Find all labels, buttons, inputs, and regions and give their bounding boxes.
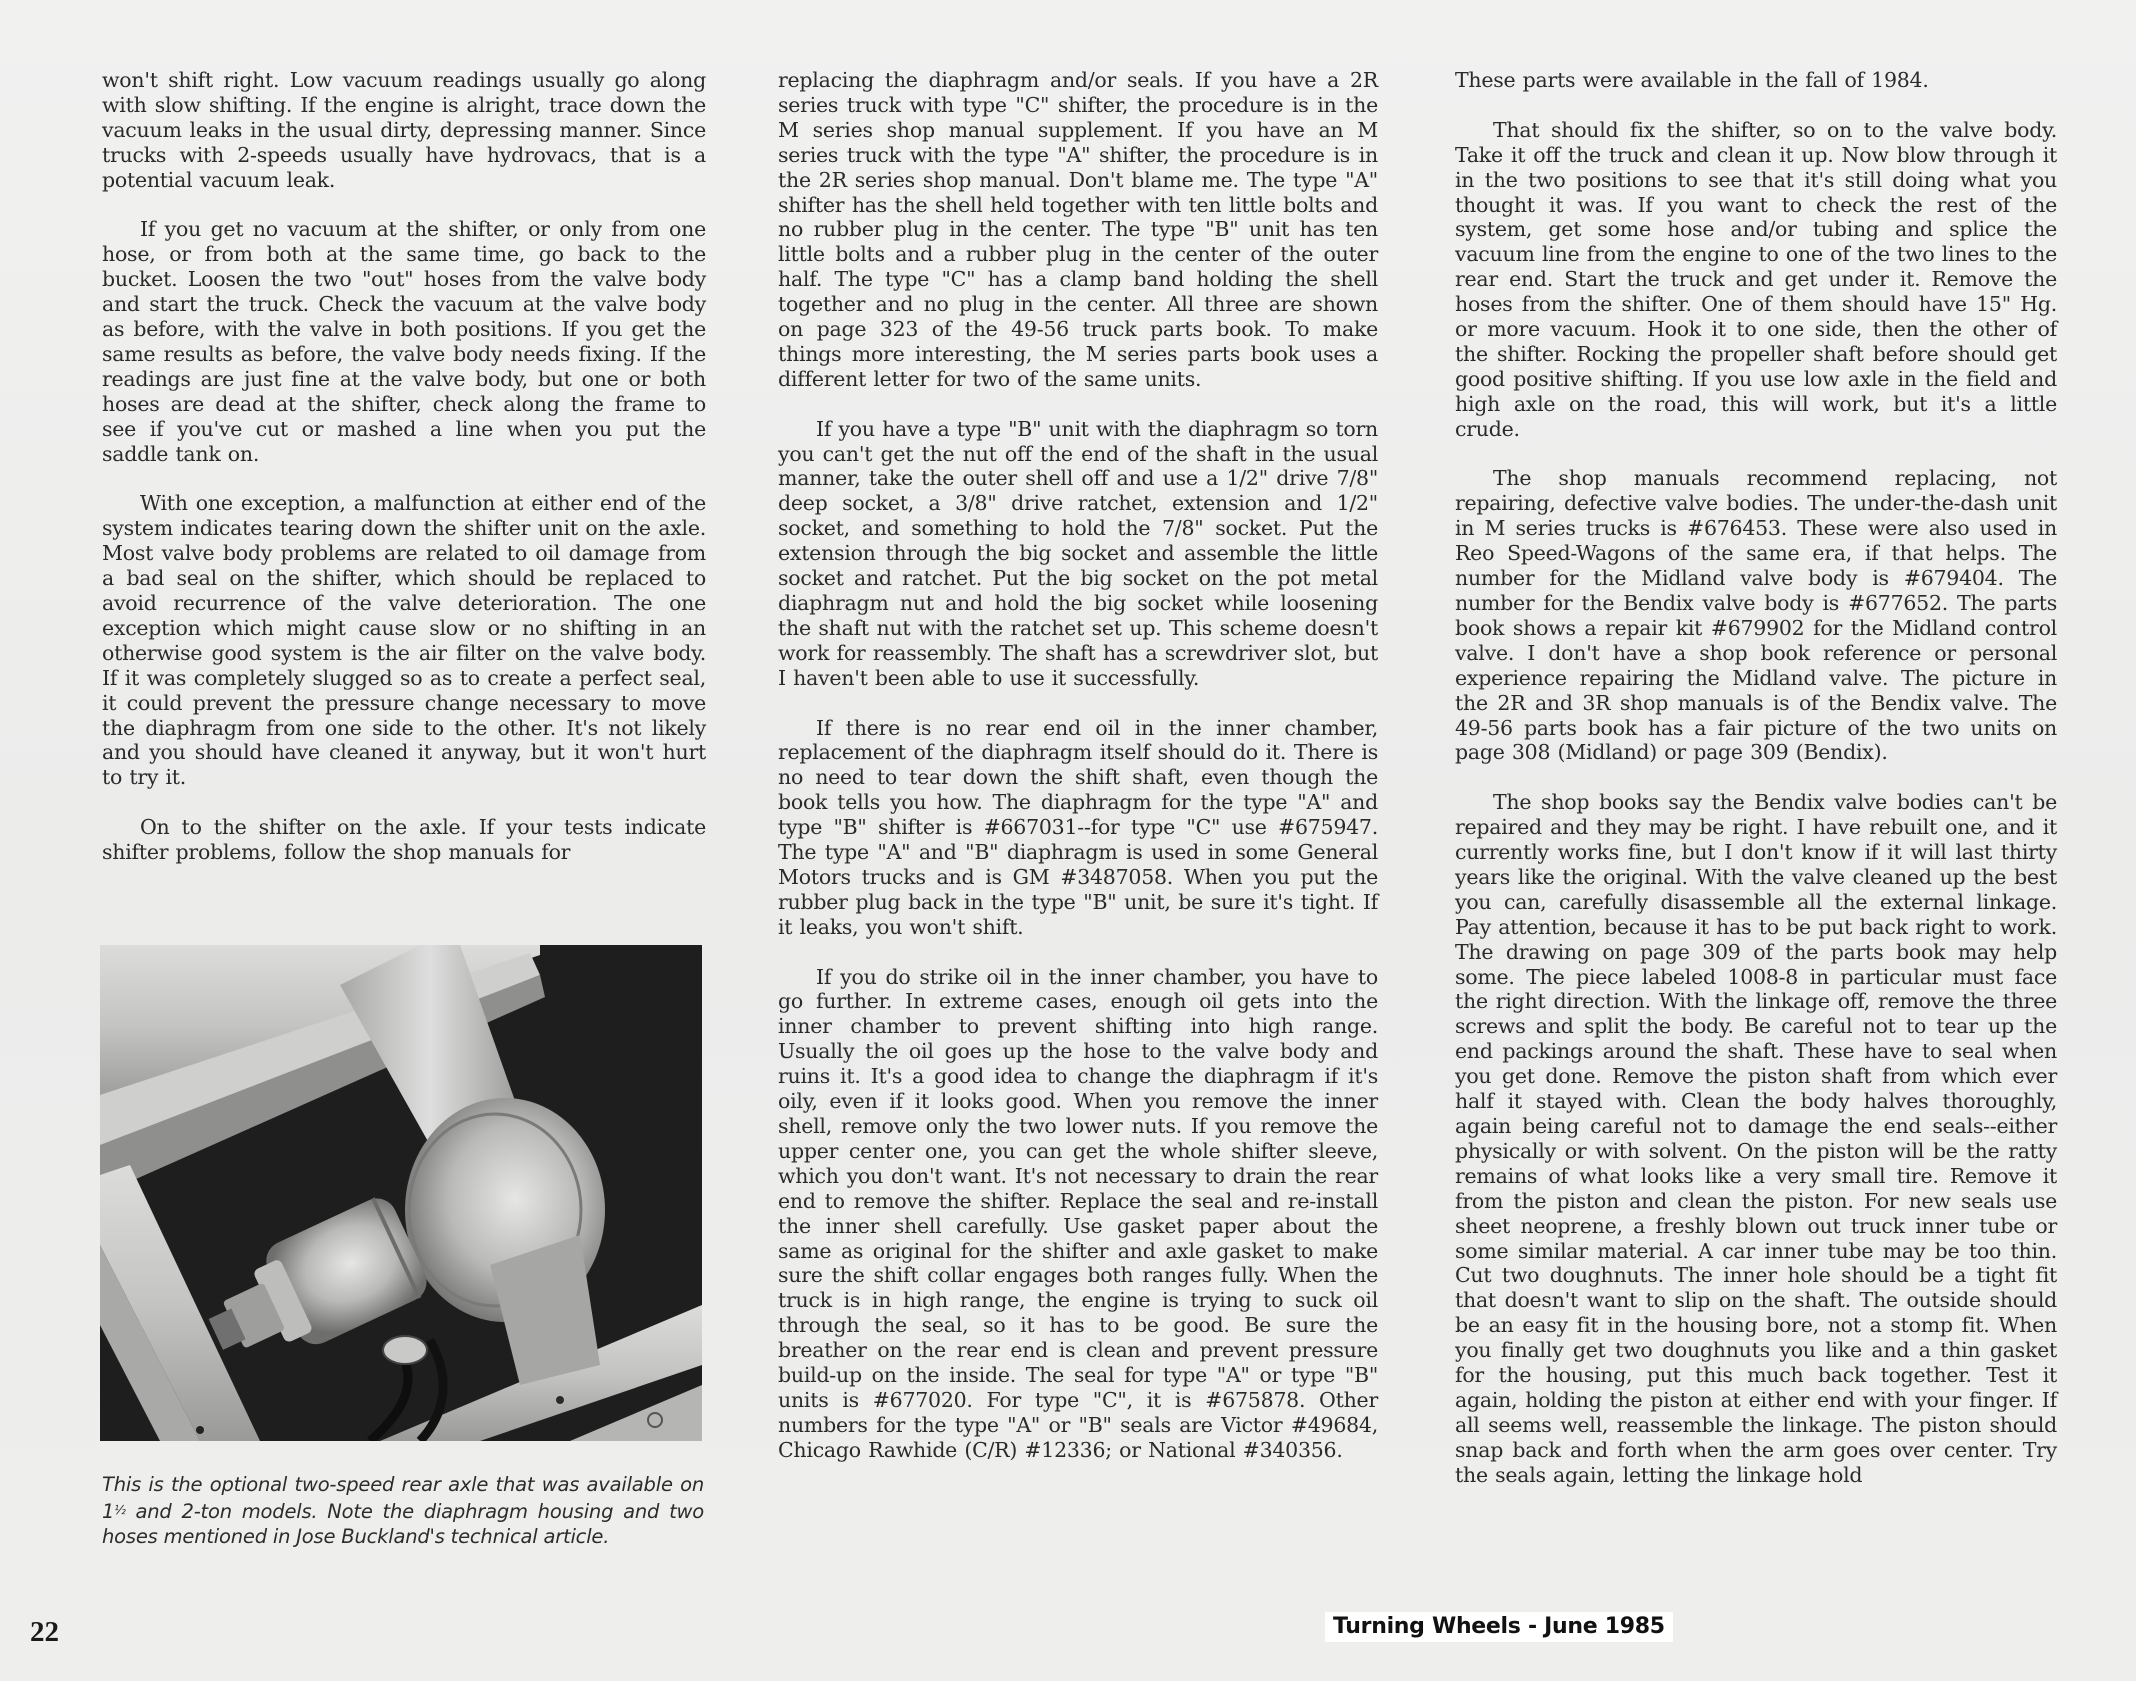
magazine-page: won't shift right. Low vacuum readings u… [0,0,2136,1681]
axle-photo-illustration [100,945,702,1441]
paragraph: On to the shifter on the axle. If your t… [102,815,706,865]
paragraph: If you have a type "B" unit with the dia… [778,417,1378,691]
page-number: 22 [30,1616,59,1649]
paragraph: These parts were available in the fall o… [1455,68,2057,93]
paragraph: If you do strike oil in the inner chambe… [778,965,1378,1463]
caption-fraction: ½ [114,1503,125,1517]
article-column-1: won't shift right. Low vacuum readings u… [102,68,706,890]
caption-text: and 2-ton models. Note the diaphragm hou… [102,1500,704,1548]
paragraph: The shop manuals recommend replacing, no… [1455,466,2057,765]
paragraph: That should fix the shifter, so on to th… [1455,118,2057,442]
article-column-3: These parts were available in the fall o… [1455,68,2057,1513]
paragraph: If you get no vacuum at the shifter, or … [102,217,706,466]
rear-axle-photo [100,945,702,1441]
paragraph: With one exception, a malfunction at eit… [102,491,706,790]
photo-caption: This is the optional two-speed rear axle… [102,1473,704,1550]
paragraph: If there is no rear end oil in the inner… [778,716,1378,940]
paragraph: replacing the diaphragm and/or seals. If… [778,68,1378,392]
publication-footer: Turning Wheels - June 1985 [1325,1612,1673,1642]
article-column-2: replacing the diaphragm and/or seals. If… [778,68,1378,1488]
paragraph: The shop books say the Bendix valve bodi… [1455,790,2057,1487]
paragraph: won't shift right. Low vacuum readings u… [102,68,706,193]
